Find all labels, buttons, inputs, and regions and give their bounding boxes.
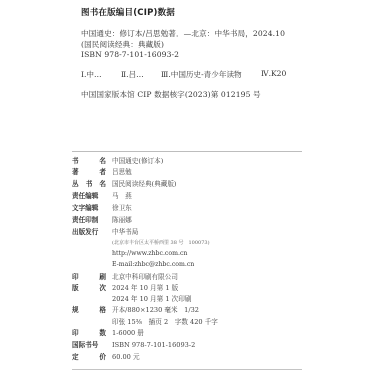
row-print-run: 印 数 1-6000 册 xyxy=(72,328,144,338)
value-title: 中国通史(修订本) xyxy=(112,156,163,166)
value-isbn: ISBN 978-7-101-16093-2 xyxy=(112,340,195,350)
classification-1: Ⅰ.中… xyxy=(81,69,121,80)
publisher-email[interactable]: E-mail:zhbc@zhbc.com.cn xyxy=(112,260,194,270)
value-print-run: 1-6000 册 xyxy=(112,328,144,338)
cip-cataloging-note: 中国国家版本馆 CIP 数据核字(2023)第 012195 号 xyxy=(81,89,261,100)
value-printing: 北京中科印刷有限公司 xyxy=(112,272,178,282)
row-print-supervisor: 责任印制 陈丽娜 xyxy=(72,215,132,225)
value-editor: 马 燕 xyxy=(112,191,132,201)
cip-entry-line: 中国通史：修订本/吕思勉著．—北京：中华书局，2024.10 xyxy=(81,28,285,39)
label-author: 著 者 xyxy=(72,167,106,177)
label-format: 规 格 xyxy=(72,305,106,315)
label-publisher: 出版发行 xyxy=(72,227,106,237)
value-series: 国民阅读经典(典藏版) xyxy=(112,179,177,189)
value-publisher: 中华书局 xyxy=(112,227,138,237)
label-print-run: 印 数 xyxy=(72,328,106,338)
row-edition: 版 次 2024 年 10 月第 1 版 xyxy=(72,283,178,293)
row-series: 丛 书 名 国民阅读经典(典藏版) xyxy=(72,179,177,189)
label-isbn: 国际书号 xyxy=(72,340,106,350)
label-edition: 版 次 xyxy=(72,283,106,293)
value-format: 开本/880×1230 毫米 1/32 xyxy=(112,305,199,315)
label-print-supervisor: 责任印制 xyxy=(72,215,106,225)
classification-2: Ⅱ.吕… xyxy=(121,69,161,80)
top-divider xyxy=(72,151,302,152)
cip-classification: Ⅰ.中… Ⅱ.吕… Ⅲ.中国历史-青少年读物 Ⅳ.K20 xyxy=(81,69,286,80)
row-isbn: 国际书号 ISBN 978-7-101-16093-2 xyxy=(72,340,195,350)
label-editor: 责任编辑 xyxy=(72,191,106,201)
value-price: 60.00 元 xyxy=(112,352,140,362)
label-series: 丛 书 名 xyxy=(72,179,106,189)
sheets-info: 印张 15⅜ 插页 2 字数 420 千字 xyxy=(112,317,218,327)
row-editor: 责任编辑 马 燕 xyxy=(72,191,132,201)
label-printing: 印 刷 xyxy=(72,272,106,282)
row-text-editor: 文字编辑 徐卫东 xyxy=(72,203,132,213)
row-printing: 印 刷 北京中科印刷有限公司 xyxy=(72,272,178,282)
label-price: 定 价 xyxy=(72,352,106,362)
impression: 2024 年 10 月第 1 次印刷 xyxy=(112,294,191,304)
classification-3: Ⅲ.中国历史-青少年读物 xyxy=(161,69,261,80)
cip-title: 图书在版编目(CIP)数据 xyxy=(81,6,175,18)
row-author: 著 者 吕思勉 xyxy=(72,167,132,177)
classification-4: Ⅳ.K20 xyxy=(261,69,286,80)
value-print-supervisor: 陈丽娜 xyxy=(112,215,132,225)
row-publisher: 出版发行 中华书局 xyxy=(72,227,138,237)
value-edition: 2024 年 10 月第 1 版 xyxy=(112,283,178,293)
publisher-url[interactable]: http://www.zhbc.com.cn xyxy=(112,249,187,259)
bottom-divider xyxy=(72,369,302,370)
value-text-editor: 徐卫东 xyxy=(112,203,132,213)
value-author: 吕思勉 xyxy=(112,167,132,177)
cip-isbn-line: ISBN 978-7-101-16093-2 xyxy=(81,50,179,59)
label-title: 书 名 xyxy=(72,156,106,166)
copyright-page: 图书在版编目(CIP)数据 中国通史：修订本/吕思勉著．—北京：中华书局，202… xyxy=(0,0,375,381)
row-price: 定 价 60.00 元 xyxy=(72,352,140,362)
cip-series-line: (国民阅读经典：典藏版) xyxy=(81,39,164,50)
row-title: 书 名 中国通史(修订本) xyxy=(72,156,163,166)
row-format: 规 格 开本/880×1230 毫米 1/32 xyxy=(72,305,199,315)
publisher-address: (北京市丰台区太平桥西里 38 号 100073) xyxy=(112,238,210,248)
label-text-editor: 文字编辑 xyxy=(72,203,106,213)
